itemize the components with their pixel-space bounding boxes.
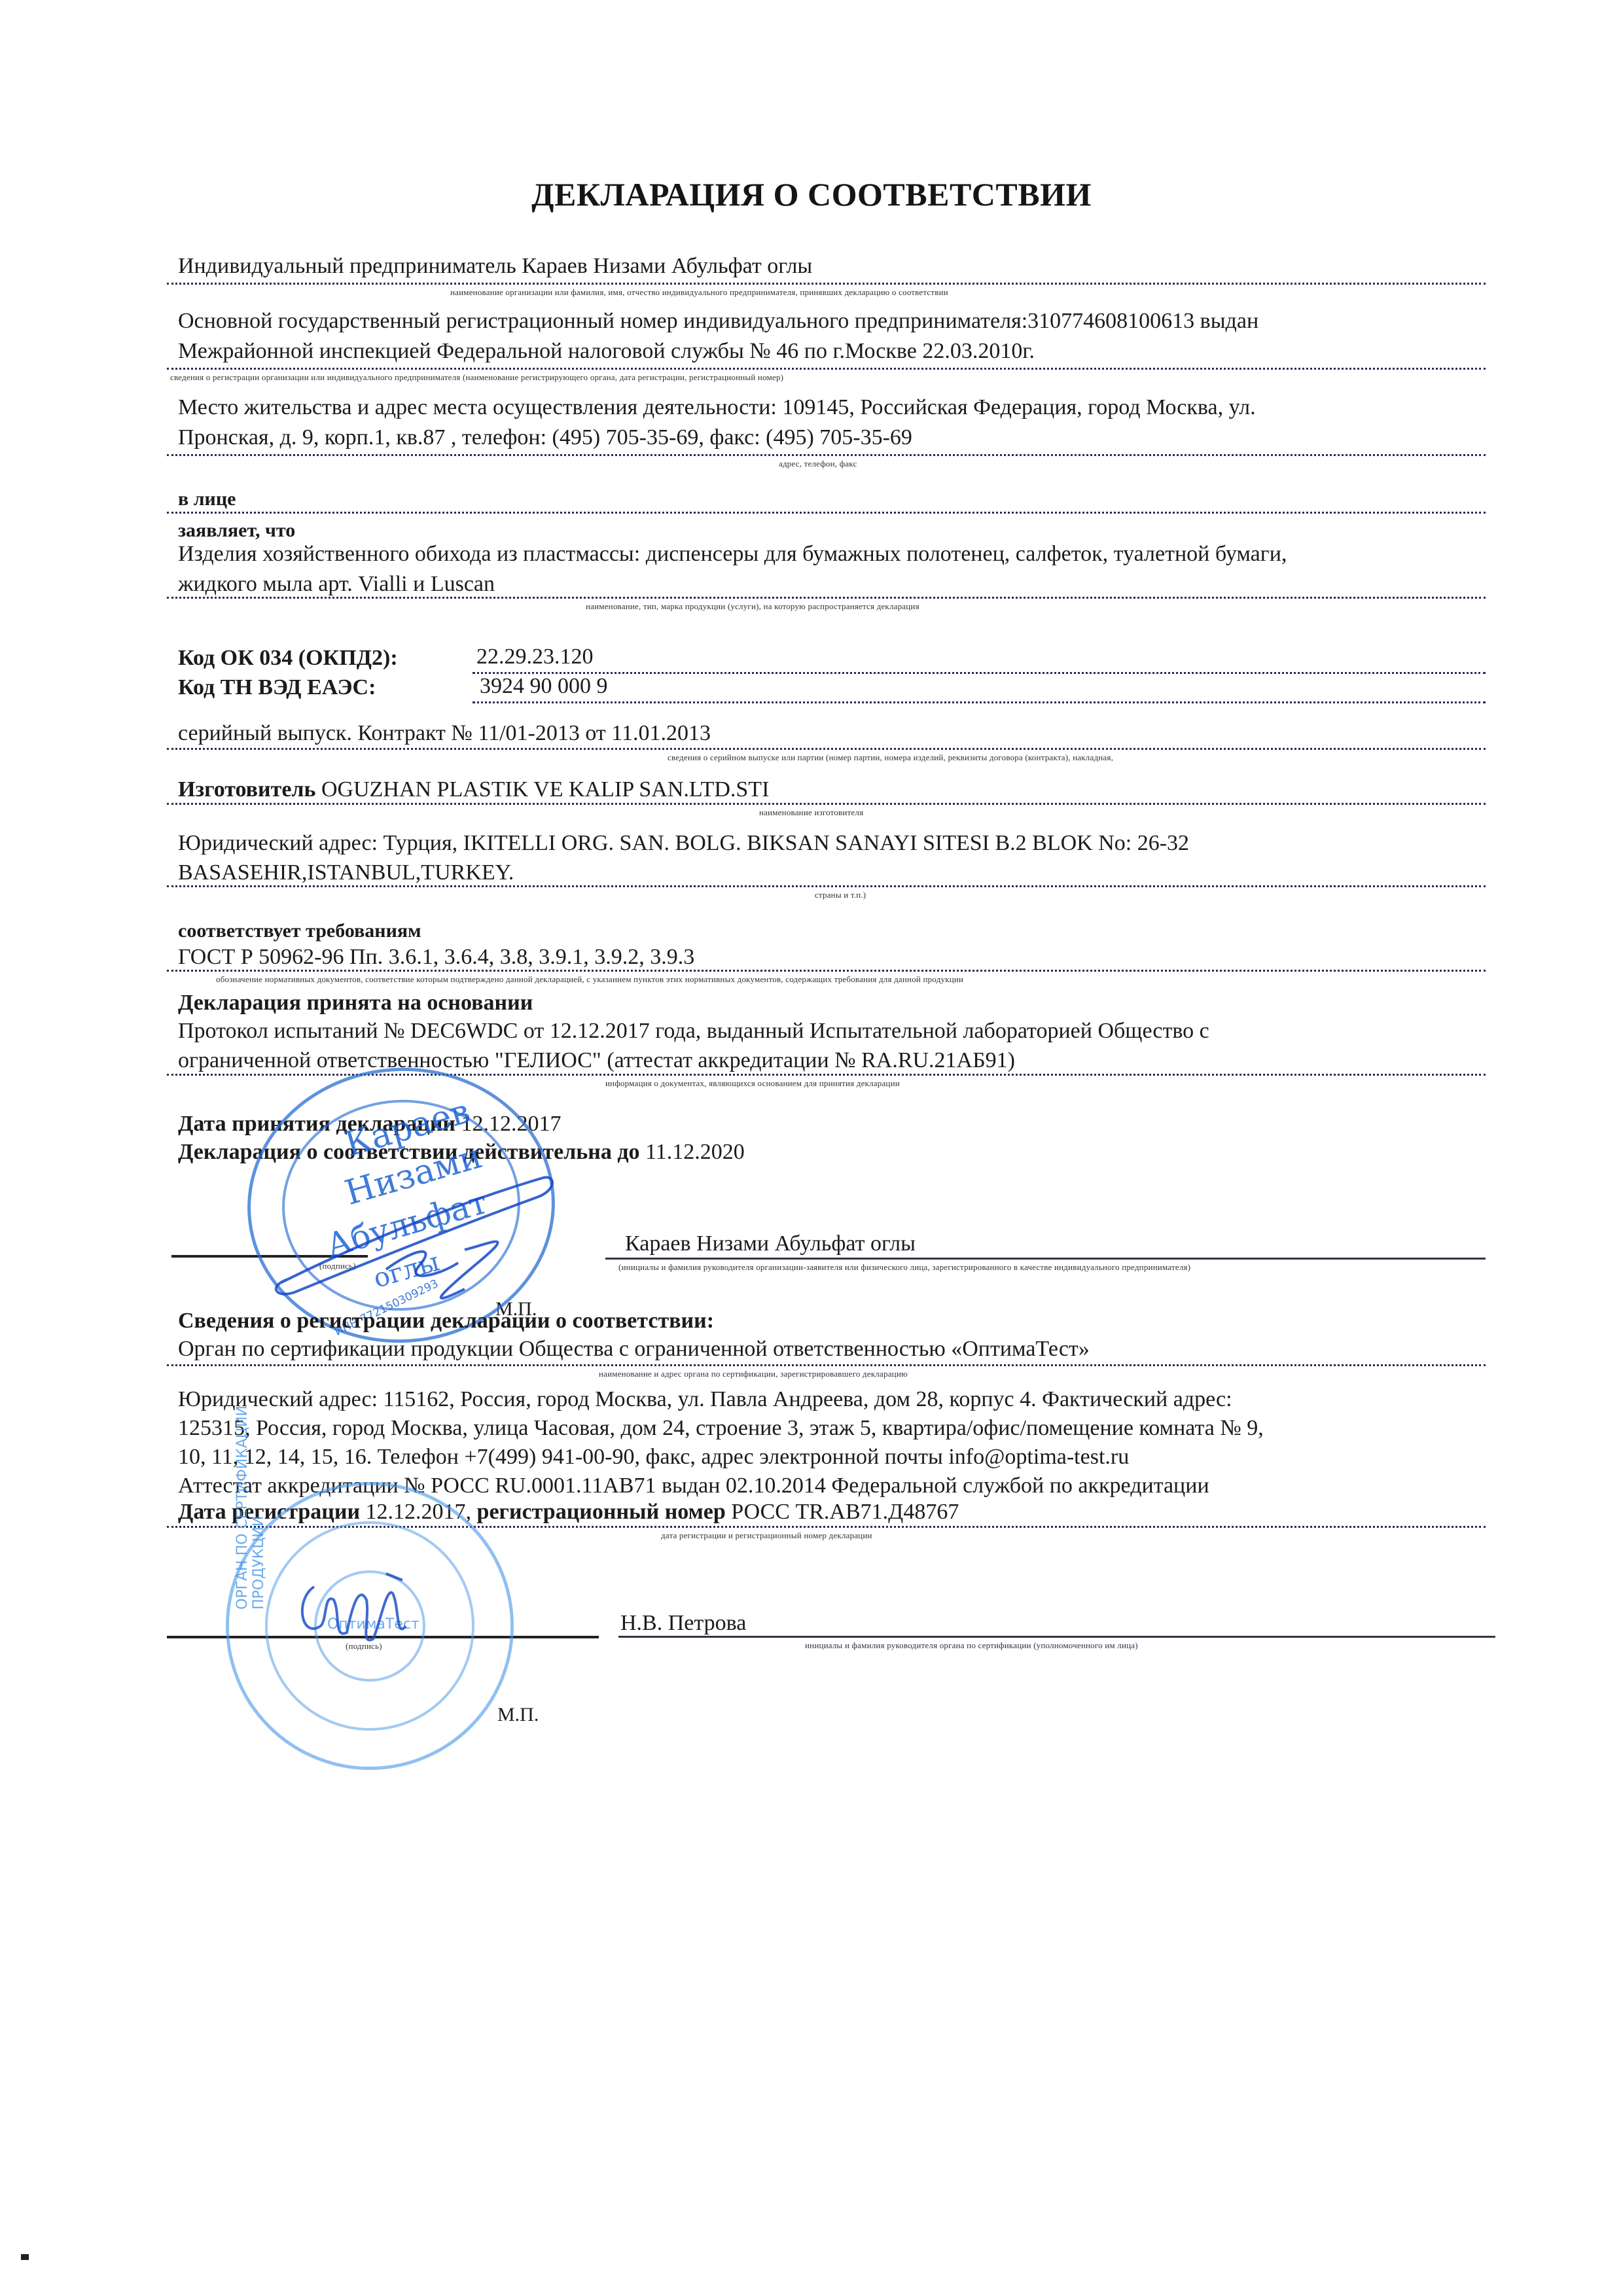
registration-caption: сведения о регистрации организации или и…	[170, 372, 783, 383]
basis-caption: информация о документах, являющихся осно…	[605, 1078, 900, 1089]
applicant-signatory-name: Караев Низами Абульфат оглы	[625, 1230, 916, 1258]
certification-body-caption: наименование и адрес органа по сертифика…	[599, 1369, 908, 1379]
divider	[167, 597, 1486, 599]
manufacturer-line: Изготовитель OGUZHAN PLASTIK VE KALIP SA…	[178, 776, 769, 804]
registration-info-label: Сведения о регистрации декларации о соот…	[178, 1307, 714, 1335]
address-line-1: Место жительства и адрес места осуществл…	[178, 394, 1256, 421]
reg-number-label: регистрационный номер	[477, 1500, 726, 1524]
manufacturer-name: OGUZHAN PLASTIK VE KALIP SAN.LTD.STI	[321, 777, 769, 802]
document-title: ДЕКЛАРАЦИЯ О СООТВЕТСТВИИ	[0, 175, 1623, 213]
body-name-line	[618, 1636, 1495, 1638]
applicant-signature-scribble	[268, 1152, 569, 1315]
certification-body: Орган по сертификации продукции Общества…	[178, 1335, 1090, 1363]
applicant-name-caption: (инициалы и фамилия руководителя организ…	[618, 1262, 1190, 1273]
body-signature-scribble	[288, 1561, 419, 1672]
valid-until-value: 11.12.2020	[645, 1140, 745, 1164]
serial-text: серийный выпуск. Контракт № 11/01-2013 о…	[178, 720, 711, 747]
code-okpd2-label: Код ОК 034 (ОКПД2):	[178, 645, 398, 672]
divider	[167, 885, 1486, 887]
registration-line-2: Межрайонной инспекцией Федеральной налог…	[178, 338, 1035, 365]
manufacturer-label: Изготовитель	[178, 777, 315, 802]
represented-by-label: в лице	[178, 486, 236, 513]
conforms-label: соответствует требованиям	[178, 917, 421, 945]
serial-caption: сведения о серийном выпуске или партии (…	[668, 752, 1113, 763]
reg-number-value: РОСС TR.АВ71.Д48767	[731, 1500, 959, 1524]
legal-address-caption: страны и т.п.)	[815, 890, 866, 900]
basis-label: Декларация принята на основании	[178, 989, 533, 1017]
product-caption: наименование, тип, марка продукции (услу…	[586, 601, 919, 612]
product-line-1: Изделия хозяйственного обихода из пластм…	[178, 540, 1287, 568]
divider	[167, 748, 1486, 750]
applicant-caption: наименование организации или фамилия, им…	[450, 287, 948, 298]
divider	[167, 283, 1486, 285]
signature-name-line	[605, 1258, 1486, 1260]
divider	[473, 701, 1486, 703]
body-name-caption: инициалы и фамилия руководителя органа п…	[805, 1640, 1138, 1651]
body-address-line-2: 125315, Россия, город Москва, улица Часо…	[178, 1415, 1264, 1442]
divider	[167, 512, 1486, 514]
divider	[167, 803, 1486, 805]
registration-line-1: Основной государственный регистрационный…	[178, 308, 1258, 335]
conforms-standard: ГОСТ Р 50962-96 Пп. 3.6.1, 3.6.4, 3.8, 3…	[178, 944, 694, 971]
address-caption: адрес, телефон, факс	[779, 459, 857, 469]
body-seal-label: М.П.	[497, 1701, 539, 1729]
divider	[167, 368, 1486, 370]
body-signatory-name: Н.В. Петрова	[620, 1610, 746, 1637]
scan-mark	[21, 2254, 29, 2260]
manufacturer-caption: наименование изготовителя	[759, 807, 863, 818]
divider	[473, 672, 1486, 674]
declaration-page: ДЕКЛАРАЦИЯ О СООТВЕТСТВИИ Индивидуальный…	[0, 0, 1623, 2296]
applicant-name: Индивидуальный предприниматель Караев Ни…	[178, 253, 812, 280]
body-address-line-3: 10, 11, 12, 14, 15, 16. Телефон +7(499) …	[178, 1443, 1129, 1471]
legal-address-line-2: BASASEHIR,ISTANBUL,TURKEY.	[178, 859, 514, 887]
registration-caption: дата регистрации и регистрационный номер…	[661, 1530, 872, 1541]
basis-line-1: Протокол испытаний № DEC6WDC от 12.12.20…	[178, 1017, 1209, 1045]
body-address-line-1: Юридический адрес: 115162, Россия, город…	[178, 1386, 1232, 1413]
divider	[167, 1364, 1486, 1366]
code-tnved-value: 3924 90 000 9	[480, 673, 608, 700]
divider	[167, 454, 1486, 456]
product-line-2: жидкого мыла арт. Vialli и Luscan	[178, 571, 495, 598]
stamp-ring-text: ОРГАН ПО СЕРТИФИКАЦИИ ПРОДУКЦИИ	[234, 1333, 267, 1610]
divider	[167, 970, 1486, 972]
legal-address-line-1: Юридический адрес: Турция, IKITELLI ORG.…	[178, 830, 1189, 857]
code-tnved-label: Код ТН ВЭД ЕАЭС:	[178, 674, 376, 701]
conforms-caption: обозначение нормативных документов, соот…	[216, 974, 963, 985]
address-line-2: Пронская, д. 9, корп.1, кв.87 , телефон:…	[178, 424, 912, 451]
basis-line-2: ограниченной ответственностью "ГЕЛИОС" (…	[178, 1047, 1015, 1074]
code-okpd2-value: 22.29.23.120	[476, 643, 594, 671]
